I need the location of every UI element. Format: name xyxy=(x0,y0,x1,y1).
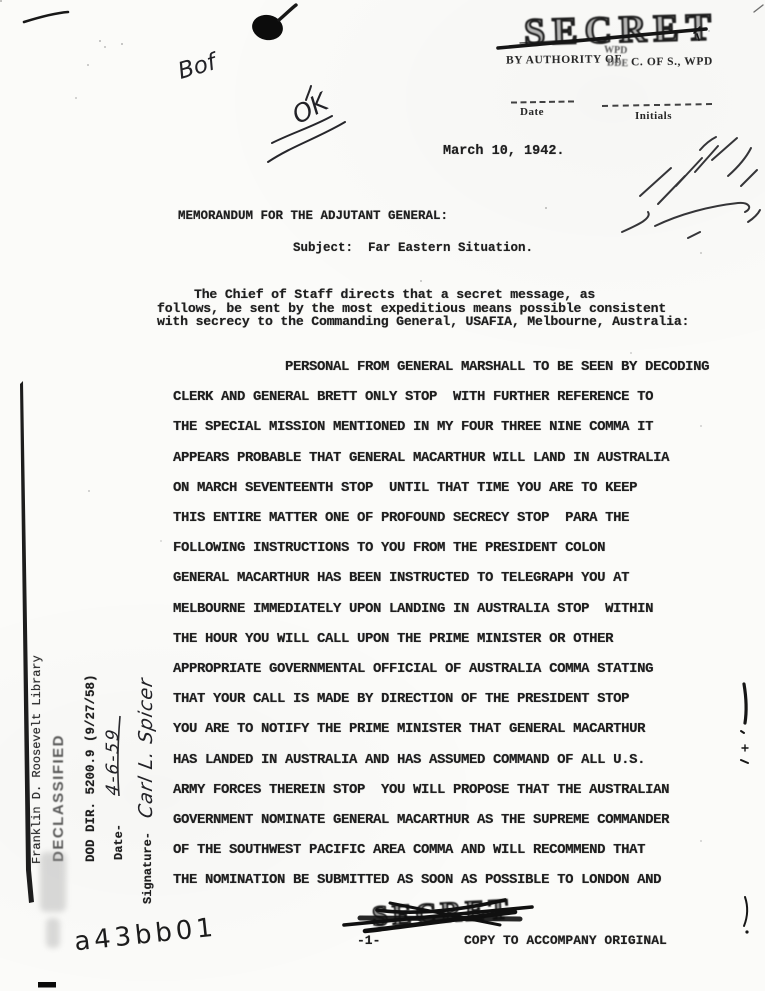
text-line: OF THE SOUTHWEST PACIFIC AREA COMMA AND … xyxy=(173,835,693,865)
text-line: follows, be sent by the most expeditious… xyxy=(157,302,747,316)
text-line: FOLLOWING INSTRUCTIONS TO YOU FROM THE P… xyxy=(173,533,693,563)
text-line: APPROPRIATE GOVERNMENTAL OFFICIAL OF AUS… xyxy=(173,654,693,684)
message-paragraph: PERSONAL FROM GENERAL MARSHALL TO BE SEE… xyxy=(173,352,693,896)
page-number: -1- xyxy=(357,933,380,948)
initials-scrawl xyxy=(622,137,760,238)
initials-label: Initials xyxy=(635,110,672,122)
overstamp-dde: DDE xyxy=(607,58,628,70)
ink-blot xyxy=(250,12,286,43)
text-line: THE HOUR YOU WILL CALL UPON THE PRIME MI… xyxy=(173,624,693,654)
text-line: PERSONAL FROM GENERAL MARSHALL TO BE SEE… xyxy=(173,352,693,382)
dod-directive-stamp: DOD DIR. 5200.9 (9/27/58) xyxy=(84,657,98,862)
initials-signature-line xyxy=(602,103,712,107)
declassified-stamp: DECLASSIFIED xyxy=(50,727,67,862)
overstamp-wpd: WPD xyxy=(604,45,628,57)
text-line: ARMY FORCES THEREIN STOP YOU WILL PROPOS… xyxy=(173,775,693,805)
text-line: GENERAL MACARTHUR HAS BEEN INSTRUCTED TO… xyxy=(173,563,693,593)
library-stamp: Franklin D. Roosevelt Library xyxy=(30,646,44,864)
text-line: GOVERNMENT NOMINATE GENERAL MACARTHUR AS… xyxy=(173,805,693,835)
stamp-ghost xyxy=(40,852,66,948)
declass-date-label: Date- xyxy=(112,800,126,860)
date-label: Date xyxy=(520,106,544,118)
archive-code-handwritten: a43bb01 xyxy=(73,913,218,958)
text-line: THE SPECIAL MISSION MENTIONED IN MY FOUR… xyxy=(173,412,693,442)
text-line: MELBOURNE IMMEDIATELY UPON LANDING IN AU… xyxy=(173,594,693,624)
footer-note: COPY TO ACCOMPANY ORIGINAL xyxy=(464,933,667,948)
text-line: ON MARCH SEVENTEENTH STOP UNTIL THAT TIM… xyxy=(173,473,693,503)
pen-note-ok: OK xyxy=(287,87,332,130)
declass-signature-label: Signature- xyxy=(141,814,155,904)
text-line: THE NOMINATION BE SUBMITTED AS SOON AS P… xyxy=(173,865,693,895)
stamp-authority-suffix: C. OF S., WPD xyxy=(631,56,713,69)
memo-heading: MEMORANDUM FOR THE ADJUTANT GENERAL: xyxy=(178,209,448,223)
paper-noise-speckles xyxy=(0,0,2,2)
scanned-memo-page: SECRET BY AUTHORITY OF C. OF S., WPD WPD… xyxy=(0,0,765,991)
text-line: HAS LANDED IN AUSTRALIA AND HAS ASSUMED … xyxy=(173,745,693,775)
right-margin-marks xyxy=(741,5,763,934)
text-line: The Chief of Staff directs that a secret… xyxy=(157,288,747,302)
text-line: YOU ARE TO NOTIFY THE PRIME MINISTER THA… xyxy=(173,714,693,744)
document-date: March 10, 1942. xyxy=(443,144,565,159)
text-line: THIS ENTIRE MATTER ONE OF PROFOUND SECRE… xyxy=(173,503,693,533)
text-line: CLERK AND GENERAL BRETT ONLY STOP WITH F… xyxy=(173,382,693,412)
text-line: THAT YOUR CALL IS MADE BY DIRECTION OF T… xyxy=(173,684,693,714)
date-signature-line xyxy=(511,100,574,103)
secret-stamp-bottom: SECRET xyxy=(371,893,513,933)
intro-paragraph: The Chief of Staff directs that a secret… xyxy=(157,288,747,329)
declass-date-handwritten: 4-6-59 xyxy=(103,726,123,796)
declass-signature-handwritten: Carl L. Spicer xyxy=(135,676,157,820)
text-line: with secrecy to the Commanding General, … xyxy=(157,315,747,329)
pen-note-bof: Bof xyxy=(175,49,219,84)
text-line: APPEARS PROBABLE THAT GENERAL MACARTHUR … xyxy=(173,443,693,473)
subject-line: Subject: Far Eastern Situation. xyxy=(293,241,533,255)
